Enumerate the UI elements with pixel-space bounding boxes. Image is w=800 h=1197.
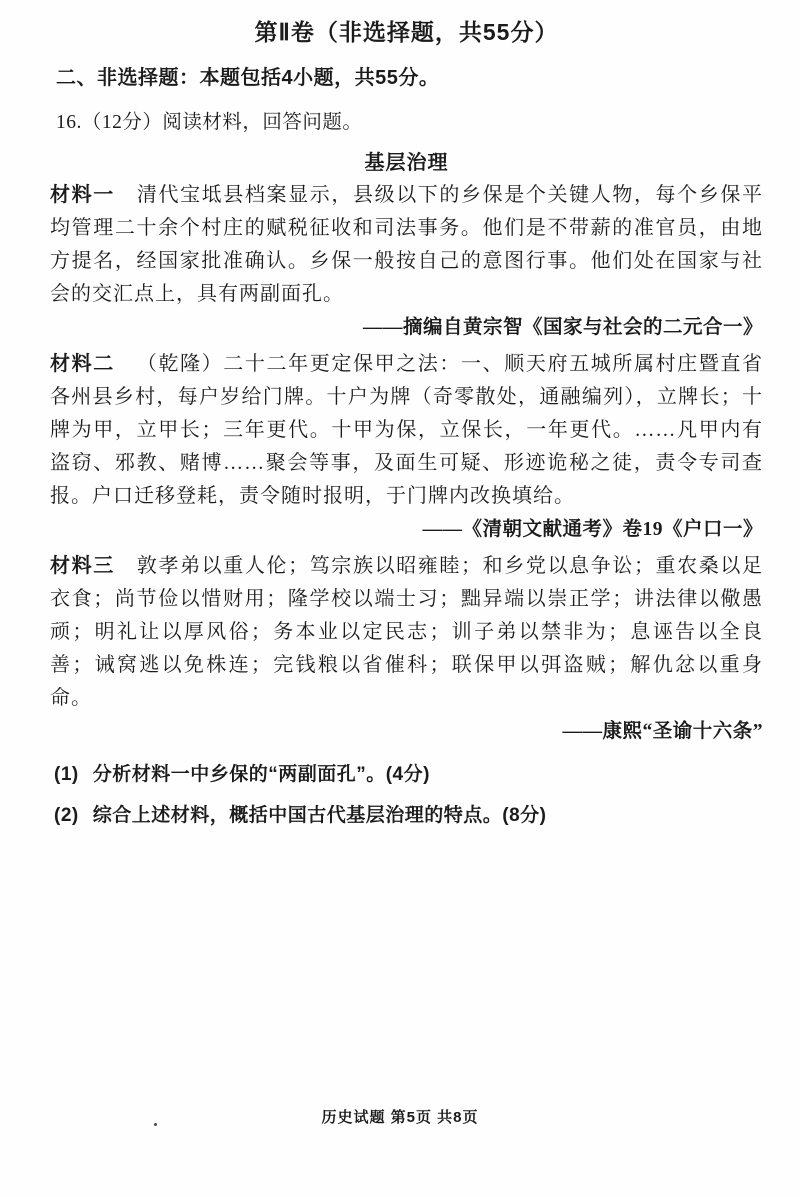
sub-question-1-text: 分析材料一中乡保的“两副面孔”。(4分) — [93, 764, 430, 785]
sub-question-2-number: (2) — [54, 805, 79, 826]
page-footer: 历史试题 第5页 共8页 — [0, 1106, 800, 1127]
question-16-intro: 16.（12分）阅读材料，回答问题。 — [56, 106, 763, 134]
material-2-label: 材料二 — [50, 353, 115, 375]
material-1-label: 材料一 — [50, 184, 115, 206]
sub-question-2: (2)综合上述材料，概括中国古代基层治理的特点。(8分) — [54, 802, 763, 830]
sub-question-1-number: (1) — [54, 764, 79, 785]
material-2-source: ——《清朝文献通考》卷19《户口一》 — [50, 513, 763, 546]
sub-question-2-text: 综合上述材料，概括中国古代基层治理的特点。(8分) — [93, 805, 547, 826]
section-header: 二、非选择题：本题包括4小题，共55分。 — [56, 61, 763, 90]
scan-speck-artifact — [154, 1123, 157, 1126]
material-2-text: （乾隆）二十二年更定保甲之法：一、顺天府五城所属村庄暨直省各州县乡村，每户岁给门… — [50, 353, 763, 507]
material-1-paragraph: 材料一清代宝坻县档案显示，县级以下的乡保是个关键人物，每个乡保平均管理二十余个村… — [50, 179, 763, 311]
material-3-source: ——康熙“圣谕十六条” — [50, 715, 763, 748]
material-1-source: ——摘编自黄宗智《国家与社会的二元合一》 — [50, 311, 763, 344]
sub-question-1: (1)分析材料一中乡保的“两副面孔”。(4分) — [54, 761, 763, 789]
material-2-paragraph: 材料二（乾隆）二十二年更定保甲之法：一、顺天府五城所属村庄暨直省各州县乡村，每户… — [50, 348, 763, 513]
material-3-paragraph: 材料三敦孝弟以重人伦；笃宗族以昭雍睦；和乡党以息争讼；重农桑以足衣食；尚节俭以惜… — [50, 550, 763, 715]
exam-content: 第Ⅱ卷（非选择题，共55分） 二、非选择题：本题包括4小题，共55分。 16.（… — [0, 0, 800, 830]
material-1-text: 清代宝坻县档案显示，县级以下的乡保是个关键人物，每个乡保平均管理二十余个村庄的赋… — [50, 184, 763, 305]
material-3-label: 材料三 — [50, 555, 115, 577]
page-title: 第Ⅱ卷（非选择题，共55分） — [50, 14, 763, 47]
exam-page: 第Ⅱ卷（非选择题，共55分） 二、非选择题：本题包括4小题，共55分。 16.（… — [0, 0, 800, 1197]
topic-title: 基层治理 — [50, 146, 763, 175]
material-3-text: 敦孝弟以重人伦；笃宗族以昭雍睦；和乡党以息争讼；重农桑以足衣食；尚节俭以惜财用；… — [50, 555, 763, 709]
